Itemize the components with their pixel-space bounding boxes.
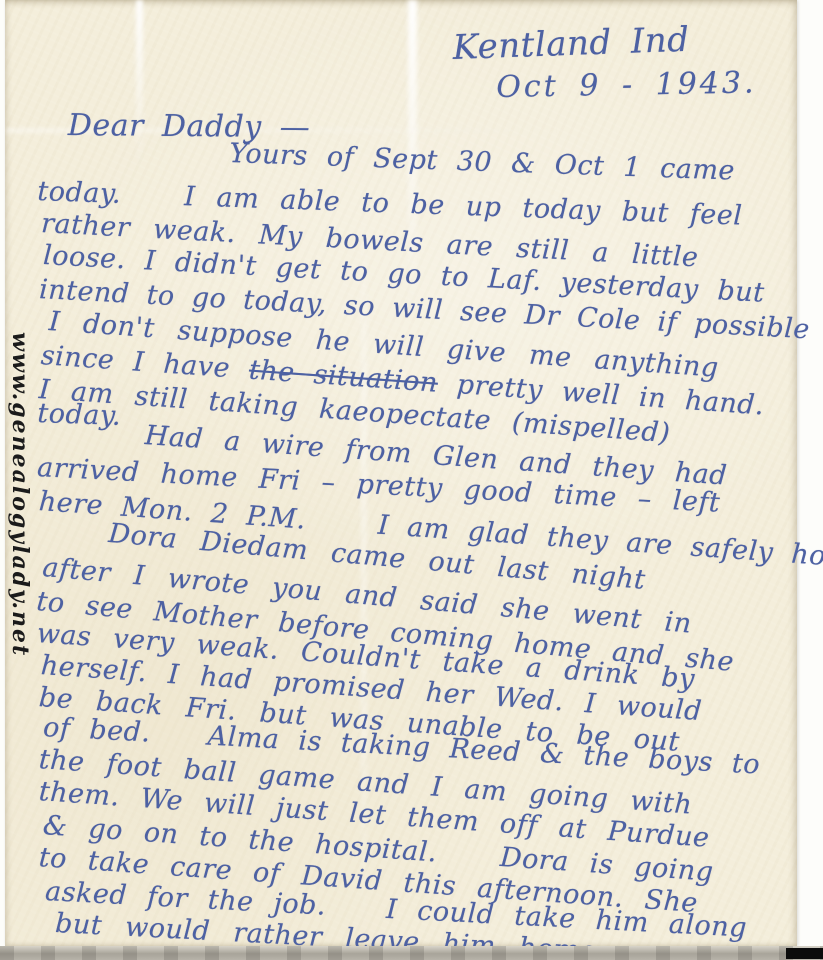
letter-text: today. — [37, 398, 122, 432]
scanned-letter-page: { "letter": { "kind": "handwritten lette… — [0, 0, 823, 960]
letter-line: today. — [37, 398, 122, 432]
scan-black-mark — [786, 948, 823, 959]
letter-date: Oct 9 - 1943. — [496, 65, 757, 105]
watermark-text: www.genealogylady.net — [7, 332, 33, 657]
fold-crease-vertical-left — [136, 0, 143, 170]
letter-location: Kentland Ind — [452, 20, 690, 68]
scan-bottom-band — [0, 946, 823, 960]
